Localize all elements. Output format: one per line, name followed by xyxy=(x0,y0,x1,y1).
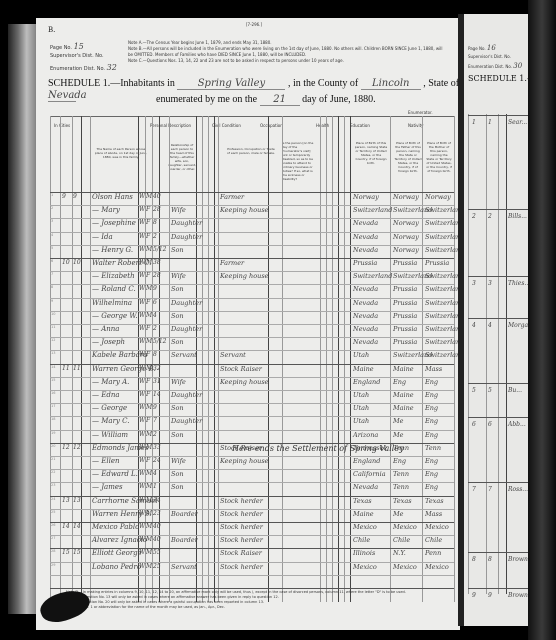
sex: M xyxy=(146,193,152,200)
census-row: 16— EdnaWF14DaughterUtahMaineEng xyxy=(50,390,450,401)
facing-enumeration-value: 30 xyxy=(513,62,522,70)
color: W xyxy=(139,193,145,200)
sex: M xyxy=(146,285,152,292)
facing-family: 9 xyxy=(488,592,492,599)
line-number: 28 xyxy=(51,549,55,553)
birthplace: England xyxy=(353,457,380,465)
mother-birthplace: Tenn xyxy=(425,444,441,452)
sex: M xyxy=(146,483,152,490)
person-name: — Ida xyxy=(92,233,113,241)
person-name: — William xyxy=(92,431,128,439)
color: W xyxy=(139,299,145,306)
color: W xyxy=(139,219,145,226)
age: 40 xyxy=(153,193,161,200)
occupation: Servant xyxy=(220,351,246,359)
relationship: Daughter xyxy=(171,233,202,241)
birthplace: Maine xyxy=(353,510,374,518)
line-number: 4 xyxy=(51,233,53,237)
birthplace: Utah xyxy=(353,351,369,359)
relationship: Wife xyxy=(171,206,186,214)
census-notes: Note A.—The Census Year begins June 1, 1… xyxy=(128,40,448,64)
mother-birthplace: Eng xyxy=(425,378,438,386)
age: 23 xyxy=(153,510,161,517)
father-birthplace: Mexico xyxy=(393,523,417,531)
birthplace: Nevada xyxy=(353,233,378,241)
relationship: Daughter xyxy=(171,219,202,227)
form-number: [7-296.] xyxy=(246,22,262,27)
age: 55 xyxy=(153,549,161,556)
relationship: Daughter xyxy=(171,325,202,333)
facing-family: 2 xyxy=(488,213,492,220)
birthplace: Norway xyxy=(353,193,379,201)
birthplace: England xyxy=(353,378,380,386)
dwelling-number: 14 xyxy=(62,523,70,530)
mother-birthplace: Mass xyxy=(425,365,442,373)
facing-name: Abb... xyxy=(508,421,526,428)
person-name: Mexico Pablo xyxy=(92,523,139,531)
line-number: 3 xyxy=(51,219,53,223)
father-birthplace: Tenn xyxy=(393,483,409,491)
census-row: 11— AnnaWF2DaughterNevadaPrussiaSwitzerl… xyxy=(50,324,450,335)
occupation: Keeping house xyxy=(220,206,269,214)
line-number: 24 xyxy=(51,497,55,501)
relationship: Son xyxy=(171,285,184,293)
facing-dwelling: 4 xyxy=(472,322,476,329)
census-row: 23— JamesWM1SonNevadaTennEng xyxy=(50,482,450,493)
census-row: 13Kabele BarbaraWF8ServantServantUtahSwi… xyxy=(50,350,450,361)
age: 5/12 xyxy=(153,338,166,345)
line-number: 22 xyxy=(51,470,55,474)
father-birthplace: Prussia xyxy=(393,259,417,267)
facing-rows: 11Sear...22Bills...33Thies...44Morgan...… xyxy=(468,114,528,594)
census-row: 3— JosephineWF8DaughterNevadaNorwaySwitz… xyxy=(50,218,450,229)
relationship: Wife xyxy=(171,378,186,386)
sex: F xyxy=(146,325,150,332)
line-number: 5 xyxy=(51,246,53,250)
occupation: Keeping house xyxy=(220,272,269,280)
person-name: — Edna xyxy=(92,391,120,399)
line-number: 27 xyxy=(51,536,55,540)
census-row: 141111Warren George B.WM32Stock RaiserMa… xyxy=(50,364,450,375)
line-number: 16 xyxy=(51,391,55,395)
facing-dwelling: 3 xyxy=(472,280,476,287)
schedule-title: SCHEDULE 1.—Inhabitants in xyxy=(48,78,175,89)
birthplace: Utah xyxy=(353,404,369,412)
sex: M xyxy=(146,312,152,319)
color: W xyxy=(139,470,145,477)
birthplace: Nevada xyxy=(353,312,378,320)
birthplace: Texas xyxy=(353,497,372,505)
county-label: , in the County of xyxy=(288,78,358,89)
age: 7 xyxy=(153,417,157,424)
relationship: Wife xyxy=(171,272,186,280)
dwelling-number: 11 xyxy=(62,365,70,372)
color: W xyxy=(139,246,145,253)
age: 40 xyxy=(153,523,161,530)
birthplace: Utah xyxy=(353,391,369,399)
occupation: Keeping house xyxy=(220,378,269,386)
census-row: 12— JosephWM5/12SonNevadaPrussiaSwitzerl… xyxy=(50,337,450,348)
note-c: Note C.—Questions Nos. 13, 14, 22 and 23… xyxy=(128,58,448,64)
enumeration-dist-field: Enumeration Dist. No. 32 xyxy=(50,63,117,72)
mother-birthplace: Eng xyxy=(425,404,438,412)
occupation: Stock Raiser xyxy=(220,549,262,557)
line-number: 9 xyxy=(51,299,53,303)
mother-birthplace: Eng xyxy=(425,457,438,465)
note-g: Note G.—Col. 1 or abbreviation for the n… xyxy=(66,605,446,610)
facing-family: 8 xyxy=(488,556,492,563)
enumerated-label: enumerated by me on the xyxy=(156,94,257,105)
sex: M xyxy=(146,431,152,438)
birthplace: Nevada xyxy=(353,246,378,254)
person-name: — James xyxy=(92,483,123,491)
birthplace: Nevada xyxy=(353,285,378,293)
sex: M xyxy=(146,365,152,372)
occupation: Keeping house xyxy=(220,457,269,465)
father-birthplace: Maine xyxy=(393,365,414,373)
family-number: 10 xyxy=(73,259,81,266)
sex: M xyxy=(146,470,152,477)
sex: M xyxy=(146,549,152,556)
sex: M xyxy=(146,246,152,253)
dwelling-number: 9 xyxy=(62,193,66,200)
relationship: Boarder xyxy=(171,510,198,518)
age: 14 xyxy=(153,391,161,398)
census-rows: 199Olson HansWM40FarmerNorwayNorwayNorwa… xyxy=(50,192,454,602)
occupation: Farmer xyxy=(220,259,244,267)
place-name: Spring Valley xyxy=(177,78,285,90)
person-name: — Edward L. xyxy=(92,470,138,478)
census-row: 17— GeorgeWM9SonUtahMaineEng xyxy=(50,403,450,414)
birthplace: Nevada xyxy=(353,338,378,346)
line-number: 20 xyxy=(51,444,55,448)
dwelling-number: 10 xyxy=(62,259,70,266)
supervisor-dist-field: Supervisor's Dist. No. xyxy=(50,53,104,59)
closing-note: Here ends the Settlement of Spring Valle… xyxy=(232,444,404,453)
father-birthplace: Prussia xyxy=(393,299,417,307)
sex: F xyxy=(146,206,150,213)
census-row: 9WilhelminaWF6DaughterNevadaPrussiaSwitz… xyxy=(50,298,450,309)
relationship: Son xyxy=(171,312,184,320)
facing-page-no: Page No. 16 xyxy=(468,44,496,52)
line-number: 21 xyxy=(51,457,55,461)
family-number: 13 xyxy=(73,497,81,504)
line-number: 18 xyxy=(51,417,55,421)
census-row: 18— Mary C.WF7DaughterUtahMeEng xyxy=(50,416,450,427)
line-number: 23 xyxy=(51,483,55,487)
person-name: — Henry G. xyxy=(92,246,133,254)
age: 9 xyxy=(153,404,157,411)
form-code: B. xyxy=(48,26,55,34)
mother-birthplace: Mexico xyxy=(425,523,449,531)
page-no-label: Page No. xyxy=(50,45,72,51)
sex: F xyxy=(146,457,150,464)
census-row: 27Alvarez IgnacioWM40BoarderStock herder… xyxy=(50,535,450,546)
family-number: 9 xyxy=(73,193,77,200)
occupation: Stock herder xyxy=(220,563,263,571)
mother-birthplace: Eng xyxy=(425,417,438,425)
color: W xyxy=(139,272,145,279)
census-row: 4— IdaWF2DaughterNevadaNorwaySwitzerland xyxy=(50,232,450,243)
line-number: 2 xyxy=(51,206,53,210)
person-name: Elliott George xyxy=(92,549,142,557)
facing-name: Bu... xyxy=(508,387,522,394)
facing-family: 7 xyxy=(488,486,492,493)
age: 32 xyxy=(153,365,161,372)
facing-dwelling: 6 xyxy=(472,421,476,428)
father-birthplace: Prussia xyxy=(393,338,417,346)
father-birthplace: Texas xyxy=(393,497,412,505)
family-number: 14 xyxy=(73,523,81,530)
occupation: Stock herder xyxy=(220,510,263,518)
line-number: 15 xyxy=(51,378,55,382)
person-name: — Josephine xyxy=(92,219,136,227)
age: 5/12 xyxy=(153,246,166,253)
age: 2 xyxy=(153,325,157,332)
occupation: Stock herder xyxy=(220,523,263,531)
color: W xyxy=(139,444,145,451)
mother-birthplace: Norway xyxy=(425,193,451,201)
color: W xyxy=(139,483,145,490)
supervisor-label: Supervisor's Dist. No. xyxy=(50,53,104,59)
color: W xyxy=(139,312,145,319)
sex: F xyxy=(146,351,150,358)
birthplace: Nevada xyxy=(353,483,378,491)
father-birthplace: Tenn xyxy=(393,470,409,478)
line-number: 6 xyxy=(51,259,53,263)
census-row: 2— MaryWF28WifeKeeping houseSwitzerlandS… xyxy=(50,205,450,216)
relationship: Servant xyxy=(171,351,197,359)
facing-enumeration: Enumeration Dist. No. 30 xyxy=(468,62,522,70)
father-birthplace: Prussia xyxy=(393,285,417,293)
relationship: Son xyxy=(171,246,184,254)
person-name: — Mary C. xyxy=(92,417,129,425)
line-number: 11 xyxy=(51,325,55,329)
father-birthplace: Maine xyxy=(393,404,414,412)
father-birthplace: Eng xyxy=(393,378,406,386)
census-row: 241313Carrhorne SamuelWM34Stock herderTe… xyxy=(50,496,450,507)
line-number: 26 xyxy=(51,523,55,527)
color: W xyxy=(139,365,145,372)
census-row: 199Olson HansWM40FarmerNorwayNorwayNorwa… xyxy=(50,192,450,203)
relationship: Son xyxy=(171,431,184,439)
relationship: Son xyxy=(171,470,184,478)
father-birthplace: Norway xyxy=(393,233,419,241)
census-row: 8— Roland C.WM9SonNevadaPrussiaSwitzerla… xyxy=(50,284,450,295)
facing-dwelling: 1 xyxy=(472,119,476,126)
mother-birthplace: Texas xyxy=(425,497,444,505)
sex: M xyxy=(146,338,152,345)
sex: M xyxy=(146,497,152,504)
birthplace: Illinois xyxy=(353,549,375,557)
birthplace: Maine xyxy=(353,365,374,373)
color: W xyxy=(139,431,145,438)
color: W xyxy=(139,259,145,266)
father-birthplace: N.Y. xyxy=(393,549,406,557)
person-name: — Ellen xyxy=(92,457,119,465)
family-number: 12 xyxy=(73,444,81,451)
color: W xyxy=(139,285,145,292)
book-edge xyxy=(528,0,556,640)
father-birthplace: Norway xyxy=(393,193,419,201)
dwelling-number: 12 xyxy=(62,444,70,451)
birthplace: Utah xyxy=(353,417,369,425)
color: W xyxy=(139,206,145,213)
birthplace: Chile xyxy=(353,536,370,544)
age: 2 xyxy=(153,431,157,438)
facing-schedule-title: SCHEDULE 1.—Inhab xyxy=(468,74,528,83)
age: 40 xyxy=(153,536,161,543)
color: W xyxy=(139,417,145,424)
line-number: 10 xyxy=(51,312,55,316)
enumeration-day: 21 xyxy=(260,94,300,106)
facing-family: 4 xyxy=(488,322,492,329)
relationship: Wife xyxy=(171,457,186,465)
dwelling-number: 15 xyxy=(62,549,70,556)
color: W xyxy=(139,338,145,345)
facing-family: 6 xyxy=(488,421,492,428)
facing-name: Thies... xyxy=(508,280,528,287)
birthplace: Switzerland xyxy=(353,206,392,214)
mother-birthplace: Mexico xyxy=(425,563,449,571)
census-row: 61010Walter Robert C.WM38FarmerPrussiaPr… xyxy=(50,258,450,269)
father-birthplace: Me xyxy=(393,417,404,425)
relationship: Daughter xyxy=(171,299,202,307)
mother-birthplace: Eng xyxy=(425,391,438,399)
father-birthplace: Prussia xyxy=(393,312,417,320)
age: 8 xyxy=(153,351,157,358)
person-name: Lobano Pedro xyxy=(92,563,141,571)
age: 6 xyxy=(153,299,157,306)
line-number: 7 xyxy=(51,272,53,276)
color: W xyxy=(139,536,145,543)
census-row: 5— Henry G.WM5/12SonNevadaNorwaySwitzerl… xyxy=(50,245,450,256)
facing-family: 5 xyxy=(488,387,492,394)
census-row: 19— WilliamWM2SonArizonaMeEng xyxy=(50,430,450,441)
age: 4 xyxy=(153,470,157,477)
color: W xyxy=(139,457,145,464)
age: 9 xyxy=(153,285,157,292)
enumerator-label: Enumerator. xyxy=(408,110,433,115)
census-row: 15— Mary A.WF31WifeKeeping houseEnglandE… xyxy=(50,377,450,388)
facing-dwelling: 7 xyxy=(472,486,476,493)
sex: F xyxy=(146,272,150,279)
note-b: Note B.—All persons will be included in … xyxy=(128,46,448,58)
father-birthplace: Prussia xyxy=(393,325,417,333)
age: 33 xyxy=(153,444,161,451)
person-name: — Mary A. xyxy=(92,378,129,386)
age: 1 xyxy=(153,483,157,490)
census-row: 10— George W.WM4SonNevadaPrussiaSwitzerl… xyxy=(50,311,450,322)
father-birthplace: Chile xyxy=(393,536,410,544)
sex: F xyxy=(146,299,150,306)
facing-name: Morgan... xyxy=(508,322,528,329)
page-number-field: Page No. 15 xyxy=(50,42,84,51)
page-no-value: 15 xyxy=(74,42,84,51)
facing-name: Brown... xyxy=(508,592,528,599)
sex: M xyxy=(146,510,152,517)
sex: M xyxy=(146,444,152,451)
age: 28 xyxy=(153,272,161,279)
sex: M xyxy=(146,404,152,411)
enumeration-label: Enumeration Dist. No. xyxy=(50,66,105,72)
color: W xyxy=(139,391,145,398)
birthplace: Nevada xyxy=(353,219,378,227)
line-number: 1 xyxy=(51,193,53,197)
color: W xyxy=(139,510,145,517)
census-row: 25Warren Henry S.WM23BoarderStock herder… xyxy=(50,509,450,520)
color: W xyxy=(139,233,145,240)
family-number: 11 xyxy=(73,365,81,372)
relationship: Son xyxy=(171,483,184,491)
dwelling-number: 13 xyxy=(62,497,70,504)
sex: M xyxy=(146,536,152,543)
facing-dwelling: 5 xyxy=(472,387,476,394)
sex: F xyxy=(146,391,150,398)
person-name: — Joseph xyxy=(92,338,125,346)
facing-dwelling: 2 xyxy=(472,213,476,220)
sex: F xyxy=(146,378,150,385)
relationship: Daughter xyxy=(171,417,202,425)
county-name: Lincoln xyxy=(361,78,421,90)
line-number: 12 xyxy=(51,338,55,342)
birthplace: Arizona xyxy=(353,431,378,439)
color: W xyxy=(139,378,145,385)
father-birthplace: Me xyxy=(393,510,404,518)
relationship: Daughter xyxy=(171,391,202,399)
relationship: Son xyxy=(171,404,184,412)
person-name: — Elizabeth xyxy=(92,272,135,280)
facing-dwelling: 9 xyxy=(472,592,476,599)
mother-birthplace: Chile xyxy=(425,536,442,544)
line-number: 14 xyxy=(51,365,55,369)
census-row: 21— EllenWF24WifeKeeping houseEnglandEng… xyxy=(50,456,450,467)
mother-birthplace: Prussia xyxy=(425,259,449,267)
occupation: Stock herder xyxy=(220,497,263,505)
sex: M xyxy=(146,523,152,530)
color: W xyxy=(139,549,145,556)
facing-name: Sear... xyxy=(508,119,527,126)
age: 38 xyxy=(153,259,161,266)
birthplace: Nevada xyxy=(353,299,378,307)
age: 31 xyxy=(153,378,161,385)
color: W xyxy=(139,497,145,504)
father-birthplace: Eng xyxy=(393,457,406,465)
mother-birthplace: Eng xyxy=(425,470,438,478)
sex: M xyxy=(146,259,152,266)
mother-birthplace: Eng xyxy=(425,483,438,491)
facing-page-no-value: 16 xyxy=(487,44,496,52)
state-label: , State of xyxy=(423,78,459,89)
facing-page-no-label: Page No. xyxy=(468,46,486,51)
person-name: — Anna xyxy=(92,325,119,333)
mother-birthplace: Mass xyxy=(425,510,442,518)
person-name: — Mary xyxy=(92,206,120,214)
state-name: Nevada xyxy=(48,90,76,102)
person-name: Wilhelmina xyxy=(92,299,132,307)
color: W xyxy=(139,563,145,570)
facing-name: Ross... xyxy=(508,486,528,493)
line-number: 8 xyxy=(51,285,53,289)
age: 8 xyxy=(153,219,157,226)
birthplace: Switzerland xyxy=(353,272,392,280)
father-birthplace: Maine xyxy=(393,391,414,399)
sex: M xyxy=(146,563,152,570)
facing-name: Brown... xyxy=(508,556,528,563)
birthplace: Mexico xyxy=(353,563,377,571)
color: W xyxy=(139,351,145,358)
age: 4 xyxy=(153,312,157,319)
